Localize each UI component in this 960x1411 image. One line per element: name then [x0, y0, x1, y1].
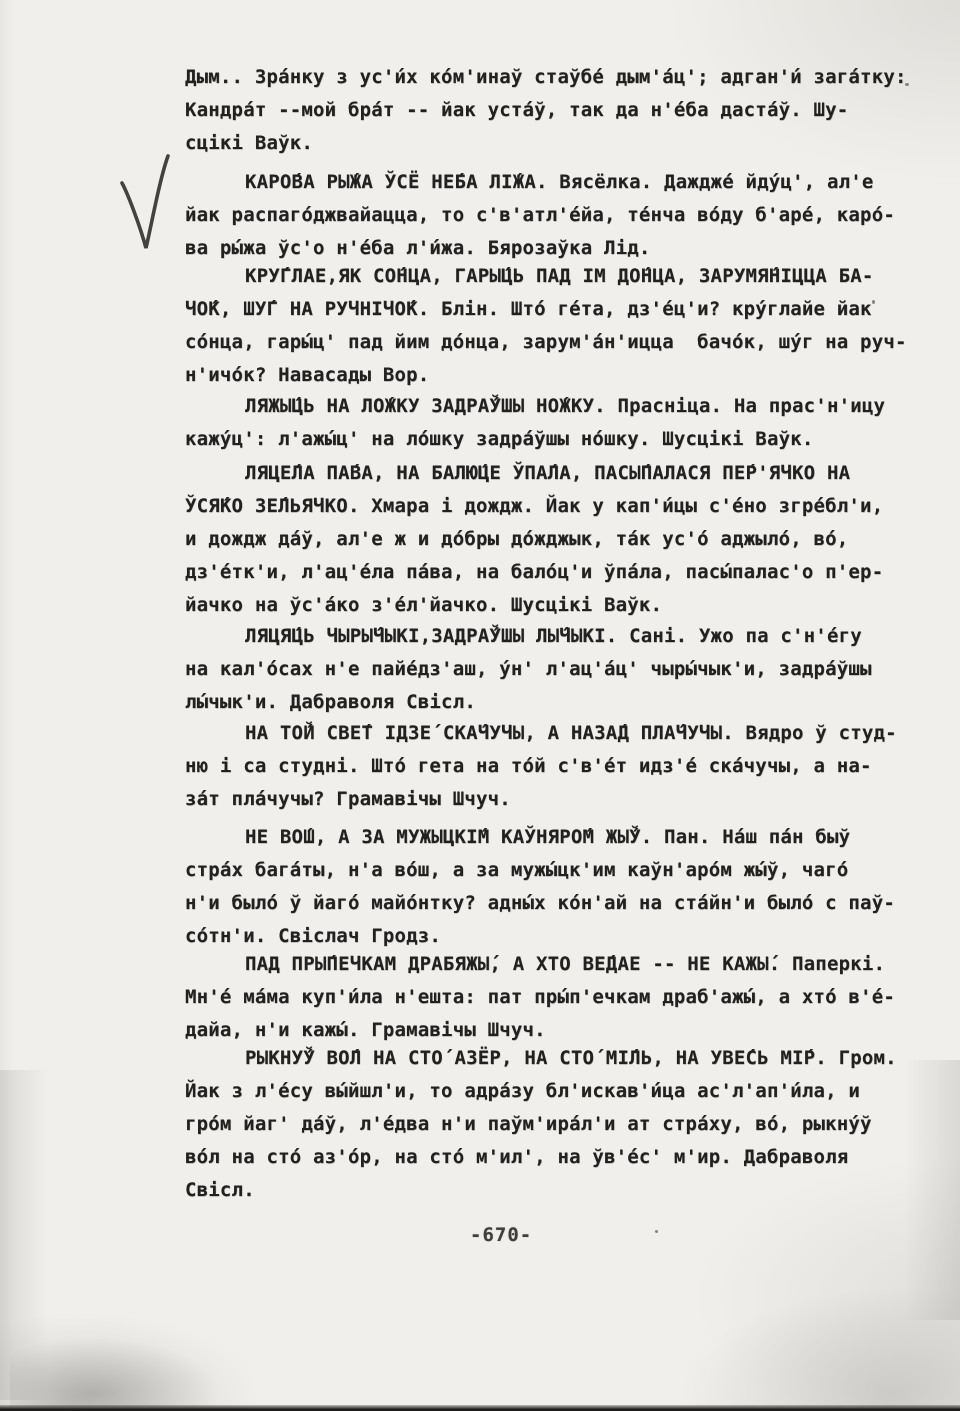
paragraph-karova: КАРО́ВА РЫ́ЖА ЎСЁ НЕ́БА ЛІ́ЖА. Вясёлка. …	[185, 166, 937, 265]
paragraph-lyacyac: ЛЯЦЯ́ЦЬ ЧЫРЫ́ЧЫКІ,ЗАДРА́ЎШЫ ЛЫ́ЧЫКІ. Сан…	[185, 620, 937, 719]
ink-speck	[872, 300, 875, 304]
ink-speck	[300, 640, 303, 643]
scan-smudge-bottom-right	[680, 1287, 960, 1407]
scanned-document-page: Дым.. Зра́нку з ус'и́х ко́м'инаў стаўбе́…	[0, 0, 960, 1411]
checkmark-icon	[116, 152, 178, 258]
paragraph-dym: Дым.. Зра́нку з ус'и́х ко́м'инаў стаўбе́…	[185, 61, 937, 160]
scan-smudge-bottom-left	[10, 1337, 220, 1407]
paragraph-nevosh: НЕ ВО́Ш, А ЗА МУЖЫЦКІ́М КАЎНЯРО́М ЖЫ́Ў. …	[185, 821, 937, 953]
paragraph-ryknuu: РЫКНУ́Ў ВО́Л НА СТО́ АЗЁР, НА СТО́ МІ́ЛЬ…	[185, 1042, 937, 1207]
ink-speck	[905, 83, 909, 86]
paragraph-natoysvet: НА ТО́Й СВЕ́Т ІДЗЕ́ СКА́ЧУЧЫ, А НАЗА́Д П…	[185, 717, 937, 816]
paragraph-padprypechkam: ПАД ПРЫ́ПЕЧКАМ ДРАБЯЖЫ́, А ХТО ВЕ́ДАЕ --…	[185, 948, 937, 1047]
page-number: -670-	[470, 1224, 532, 1246]
ink-speck	[655, 1230, 658, 1233]
scan-smudge-left	[0, 1070, 60, 1400]
paragraph-lyacela: ЛЯЦЕ́ЛА ПА́ВА, НА БАЛЮ́ЦЕ ЎПА́ЛА, ПАСЫ́П…	[185, 457, 937, 622]
paragraph-lazhyc: ЛЯЖЫ́ЦЬ НА ЛО́ЖКУ ЗАДРА́ЎШЫ НО́ЖКУ. Прас…	[185, 390, 937, 456]
paragraph-kruglae: КРУ́ГЛАЕ,ЯК СО́НЦА, ГАРЫ́ЦЬ ПАД ІМ ДО́НЦ…	[185, 260, 937, 392]
scan-bottom-edge	[0, 1405, 960, 1411]
